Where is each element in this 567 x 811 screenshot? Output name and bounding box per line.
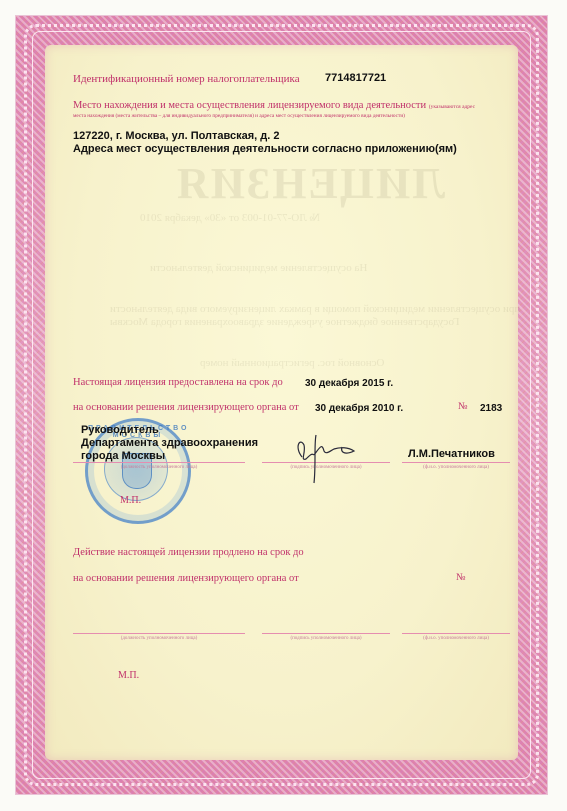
caption-position: (должность уполномоченного лица) [73, 465, 245, 470]
taxpayer-id-label: Идентификационный номер налогоплательщик… [73, 73, 300, 85]
location-label-text: Место нахождения и места осуществления л… [73, 100, 426, 111]
number-label: № [458, 401, 468, 412]
extension-signature-line [262, 633, 390, 634]
extension-caption-position: (должность уполномоченного лица) [73, 636, 245, 641]
extension-caption-name: (ф.и.о. уполномоченного лица) [402, 636, 510, 641]
extension-caption-signature: (подпись уполномоченного лица) [262, 636, 390, 641]
position-line-3: города Москвы [81, 450, 258, 463]
bleed-through-title: ЛИЦЕНЗИЯ [175, 158, 445, 209]
extension-decision-label: на основании решения лицензирующего орга… [73, 573, 299, 584]
handwritten-signature [290, 425, 370, 485]
bleed-through-line: Государственное бюджетное учреждение здр… [110, 316, 459, 328]
location-note-line-2: места нахождения (места жительства – для… [73, 113, 405, 119]
address-line-1: 127220, г. Москва, ул. Полтавская, д. 2 [73, 130, 280, 142]
decision-date: 30 декабря 2010 г. [315, 403, 403, 414]
extension-seal-label: М.П. [118, 670, 139, 681]
address-line-2: Адреса мест осуществления деятельности с… [73, 143, 457, 155]
term-label: Настоящая лицензия предоставлена на срок… [73, 377, 283, 388]
bleed-through-line: На осуществление медицинской деятельност… [150, 262, 367, 274]
signatory-name: Л.М.Печатников [408, 448, 495, 460]
bleed-through-line: при осуществлении медицинской помощи в р… [110, 303, 520, 315]
signatory-position: Руководитель Департамента здравоохранени… [81, 424, 258, 463]
extension-number-label: № [456, 572, 466, 583]
term-value: 30 декабря 2015 г. [305, 378, 393, 389]
extension-name-line [402, 633, 510, 634]
bleed-through-line: Основной гос. регистрационный номер [200, 357, 384, 369]
extension-position-line [73, 633, 245, 634]
position-line-1: Руководитель [81, 424, 258, 437]
bleed-through-line: № ЛО-77-01-003 от «30» декабря 2010 [140, 212, 320, 224]
caption-name: (ф.и.о. уполномоченного лица) [402, 465, 510, 470]
position-line-2: Департамента здравоохранения [81, 437, 258, 450]
location-label: Место нахождения и места осуществления л… [73, 100, 475, 111]
location-note: (указываются адрес [429, 104, 475, 110]
decision-label: на основании решения лицензирующего орга… [73, 402, 299, 413]
name-line [402, 462, 510, 463]
number-value: 2183 [480, 403, 502, 414]
seal-label: М.П. [120, 495, 141, 506]
extension-term-label: Действие настоящей лицензии продлено на … [73, 547, 304, 558]
taxpayer-id-value: 7714817721 [325, 72, 386, 84]
